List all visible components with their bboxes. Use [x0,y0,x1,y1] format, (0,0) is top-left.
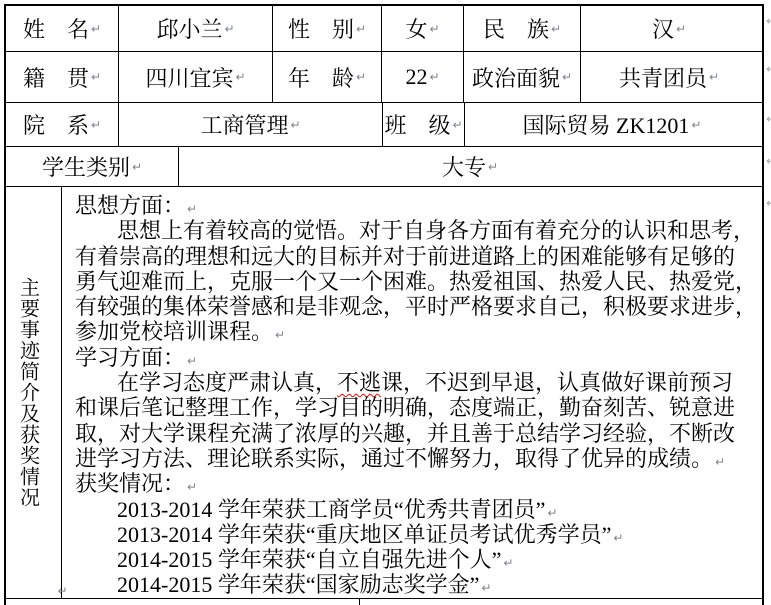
paragraph-mark-icon: ↵ [356,70,366,84]
gender-value: 女 [405,13,427,44]
origin-value: 四川宜宾 [145,62,233,93]
department-label: 院 系 [23,109,89,140]
spellcheck-flagged-text: 不逃 [337,370,381,395]
paragraph-mark-icon: ↵ [187,202,197,216]
paragraph-mark-icon: ↵ [709,70,719,84]
award-line: 2013-2014 学年荣获“重庆地区单证员考试优秀学员”↵ [75,522,757,547]
content-line: 获奖情况：↵ [75,471,757,496]
end-of-row-mark-icon: ↵ [766,62,771,76]
paragraph-mark-icon: ↵ [676,22,686,36]
content-line: 思想上有着较高的觉悟。对于自身各方面有着充分的认识和思考， [75,218,757,243]
profile-side-label: 主要事迹简介及获奖情况 [0,277,55,508]
paragraph-mark-icon: ↵ [429,70,439,84]
paragraph-mark-icon: ↵ [132,160,142,174]
paragraph-mark-icon: ↵ [187,480,197,494]
class-label-cell: 班 级↵ [383,103,465,146]
paragraph-mark-icon: ↵ [91,70,101,84]
age-value-cell: 22↵ [382,52,464,102]
age-label: 年 龄 [288,62,354,93]
paragraph-mark-icon: ↵ [91,118,101,132]
content-line: 有较强的集体荣誉感和是非观念，平时严格要求自己，积极要求进步， [75,294,757,319]
content-line: 和课后笔记整理工作，学习目的明确，态度端正，勤奋刻苦、锐意进 [75,395,757,420]
class-value: 国际贸易 ZK1201 [523,109,690,140]
age-label-cell: 年 龄↵ [273,52,382,102]
political-label-cell: 政治面貌↵ [464,52,581,102]
content-line: 在学习态度严肃认真，不逃课，不迟到早退，认真做好课前预习 [75,370,757,395]
name-label: 姓 名 [23,13,89,44]
paragraph-mark-icon: ↵ [488,160,498,174]
table-row: 院 系↵ 工商管理↵ 班 级↵ 国际贸易 ZK1201↵ [6,103,762,147]
paragraph-mark-icon: ↵ [691,118,701,132]
name-label-cell: 姓 名↵ [6,6,119,51]
partial-cell [360,599,761,605]
paragraph-mark-icon: ↵ [551,22,561,36]
gender-value-cell: 女↵ [382,6,464,51]
name-value: 邱小兰 [156,13,222,44]
paragraph-mark-icon: ↵ [224,22,234,36]
department-value-cell: 工商管理↵ [119,103,383,146]
table-row: 姓 名↵ 邱小兰↵ 性 别↵ 女↵ 民 族↵ 汉↵ [6,6,762,52]
table-row-partial [6,599,762,605]
category-label-cell: 学生类别↵ [6,147,179,186]
political-value: 共青团员 [619,62,707,93]
paragraph-mark-icon: ↵ [429,22,439,36]
paragraph-mark-icon: ↵ [562,70,572,84]
category-label: 学生类别 [42,151,130,182]
end-of-row-mark-icon: ↵ [766,14,771,28]
content-line: 参加党校培训课程。↵ [75,319,757,344]
department-label-cell: 院 系↵ [6,103,119,146]
category-value-cell: 大专↵ [179,147,761,186]
award-line: 2014-2015 学年荣获“自立自强先进个人”↵ [75,547,757,572]
end-of-row-mark-icon: ↵ [766,154,771,168]
end-of-row-mark-icon: ↵ [766,112,771,126]
content-line: 勇气迎难而上，克服一个又一个困难。热爱祖国、热爱人民、热爱党， [75,269,757,294]
class-value-cell: 国际贸易 ZK1201↵ [465,103,759,146]
partial-cell [6,599,360,605]
origin-label-cell: 籍 贯↵ [6,52,119,102]
table-row: 学生类别↵ 大专↵ [6,147,762,187]
content-line: 思想方面：↵ [75,193,757,218]
political-value-cell: 共青团员↵ [581,52,757,102]
profile-content-cell: 思想方面：↵ 思想上有着较高的觉悟。对于自身各方面有着充分的认识和思考， 有着崇… [62,187,761,598]
content-line: 进学习方法、理论联系实际，通过不懈努力，取得了优异的成绩。↵ [75,446,757,471]
ethnic-value-cell: 汉↵ [581,6,757,51]
origin-value-cell: 四川宜宾↵ [119,52,273,102]
paragraph-mark-icon: ↵ [452,118,462,132]
paragraph-mark-icon: ↵ [290,118,300,132]
origin-label: 籍 贯 [23,62,89,93]
award-line: 2014-2015 学年荣获“国家励志奖学金”↵ [75,572,757,597]
paragraph-mark-icon: ↵ [481,581,491,595]
paragraph-mark-icon: ↵ [235,70,245,84]
category-value: 大专 [442,151,486,182]
content-line: 取，对大学课程充满了浓厚的兴趣，并且善于总结学习经验，不断改 [75,421,757,446]
paragraph-mark-icon: ↵ [503,556,513,570]
paragraph-mark-icon: ↵ [547,506,557,520]
paragraph-mark-icon: ↵ [715,455,725,469]
ethnic-value: 汉 [652,13,674,44]
ethnic-label-cell: 民 族↵ [464,6,581,51]
table-row: 籍 贯↵ 四川宜宾↵ 年 龄↵ 22↵ 政治面貌↵ 共青团员↵ [6,52,762,103]
student-info-table: 姓 名↵ 邱小兰↵ 性 别↵ 女↵ 民 族↵ 汉↵ 籍 贯↵ 四川宜宾↵ 年 龄… [4,4,764,605]
content-line: 学习方面：↵ [75,345,757,370]
name-value-cell: 邱小兰↵ [119,6,273,51]
department-value: 工商管理 [200,109,288,140]
ethnic-label: 民 族 [483,13,549,44]
table-row: 主要事迹简介及获奖情况↵ 思想方面：↵ 思想上有着较高的觉悟。对于自身各方面有着… [6,187,762,599]
political-label: 政治面貌 [472,62,560,93]
paragraph-mark-icon: ↵ [356,22,366,36]
paragraph-mark-icon: ↵ [91,22,101,36]
profile-side-cell: 主要事迹简介及获奖情况↵ [6,187,62,598]
paragraph-mark-icon: ↵ [613,531,623,545]
gender-label: 性 别 [288,13,354,44]
paragraph-mark-icon: ↵ [275,328,285,342]
end-of-row-mark-icon: ↵ [766,196,771,210]
age-value: 22 [405,64,427,90]
content-line: 有着崇高的理想和远大的目标并对于前进道路上的困难能够有足够的 [75,244,757,269]
gender-label-cell: 性 别↵ [273,6,382,51]
document-page: { "glyphs": { "line_break": "\u21b5" }, … [0,0,771,605]
class-label: 班 级 [384,109,450,140]
paragraph-mark-icon: ↵ [187,354,197,368]
award-line: 2013-2014 学年荣获工商学员“优秀共青团员”↵ [75,497,757,522]
